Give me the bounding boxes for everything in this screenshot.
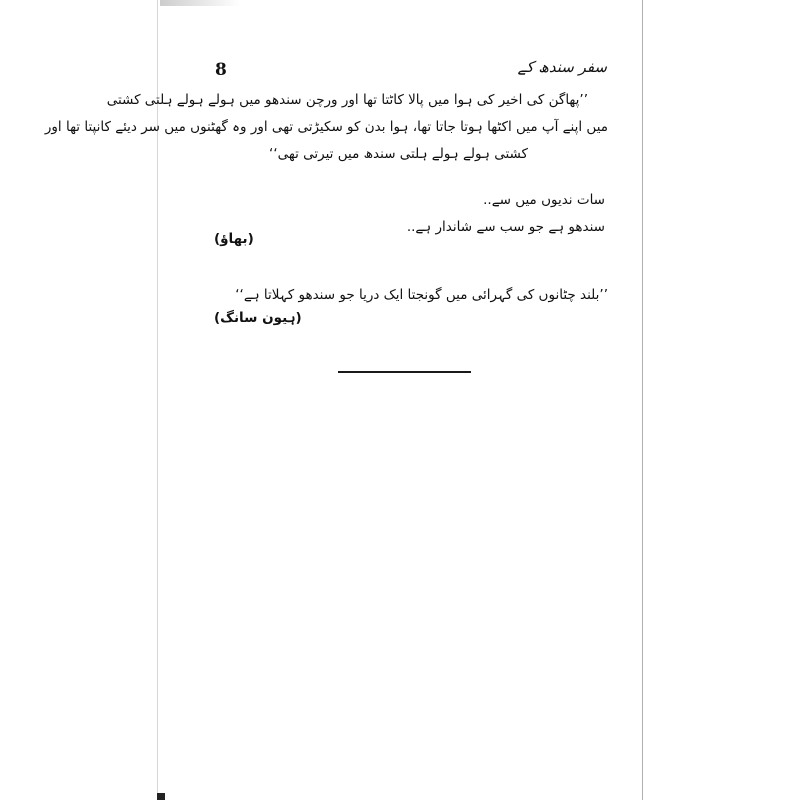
paragraph-line: ’’پھاگن کی اخیر کی ہوا میں پالا کاٹتا تھ… bbox=[45, 87, 608, 114]
quote-attribution: (ہیون سانگ) bbox=[214, 310, 302, 326]
opening-quote-paragraph: ’’پھاگن کی اخیر کی ہوا میں پالا کاٹتا تھ… bbox=[45, 87, 608, 168]
page-edge-right bbox=[642, 0, 643, 800]
verse-attribution: (بھاؤ) bbox=[214, 231, 254, 247]
section-divider-rule bbox=[338, 371, 471, 373]
verse-block: سات ندیوں میں سے.. سندھو ہے جو سب سے شان… bbox=[407, 187, 605, 241]
scan-mark bbox=[157, 793, 165, 800]
verse-line: سندھو ہے جو سب سے شاندار ہے.. bbox=[407, 214, 605, 241]
verse-line: سات ندیوں میں سے.. bbox=[407, 187, 605, 214]
scan-smudge bbox=[160, 0, 240, 6]
paragraph-line: کشتی ہولے ہولے ہلتی سندھ میں تیرتی تھی‘‘ bbox=[45, 141, 608, 168]
page-number: 8 bbox=[215, 60, 227, 80]
second-quote: ’’بلند چٹانوں کی گہرائی میں گونجتا ایک د… bbox=[235, 282, 608, 309]
paragraph-line: میں اپنے آپ میں اکٹھا ہوتا جاتا تھا، ہوا… bbox=[45, 114, 608, 141]
running-head: سفر سندھ کے bbox=[518, 58, 607, 76]
